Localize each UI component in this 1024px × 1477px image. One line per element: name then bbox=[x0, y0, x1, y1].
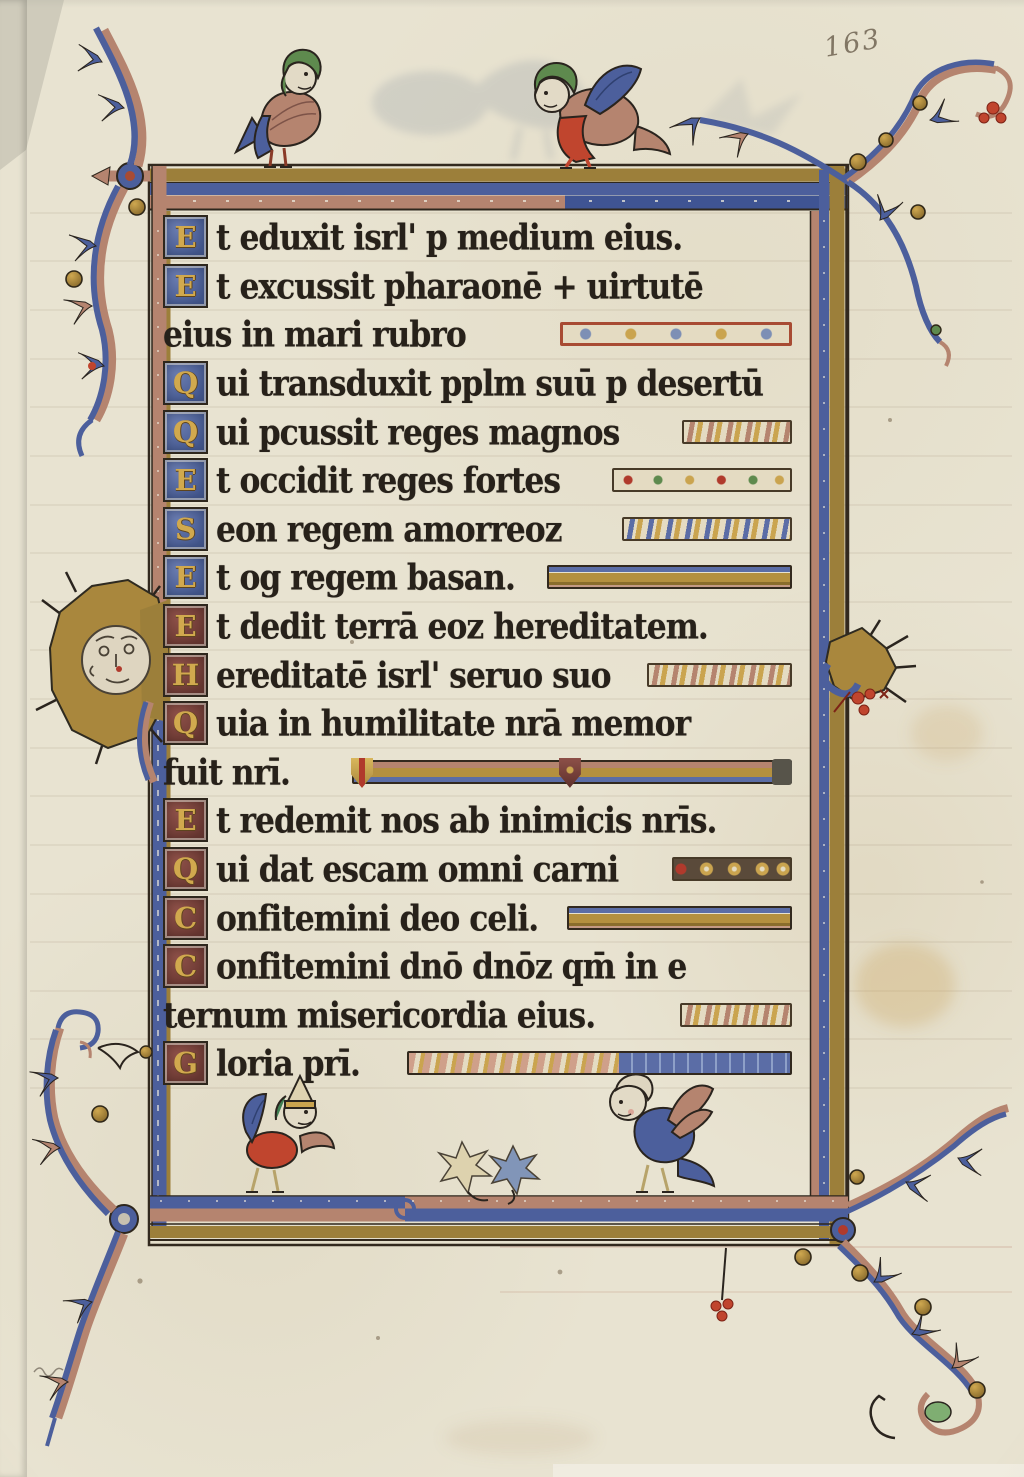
illuminated-initial: Q bbox=[163, 701, 208, 745]
line-filler bbox=[567, 906, 792, 930]
line-filler bbox=[407, 1051, 792, 1075]
psalm-text-block: E t eduxit isrl' p medium eius. E t excu… bbox=[163, 213, 818, 1088]
illuminated-initial: E bbox=[163, 264, 208, 308]
photo-bottom-edge bbox=[553, 1464, 1024, 1477]
line-text: t dedit terrā eoz hereditatem. bbox=[216, 605, 708, 648]
hybrid-creature-bottom-left bbox=[243, 1076, 334, 1192]
line-text: t excussit pharaonē + uirtutē bbox=[216, 265, 703, 308]
text-line: E t excussit pharaonē + uirtutē bbox=[163, 262, 818, 311]
grotesque-face-left-border bbox=[36, 572, 168, 782]
illuminated-initial: C bbox=[163, 944, 208, 988]
text-line: E t dedit terrā eoz hereditatem. bbox=[163, 602, 818, 651]
line-text: t redemit nos ab inimicis nrīs. bbox=[216, 799, 716, 842]
line-text: ui pcussit reges magnos bbox=[216, 410, 619, 453]
line-text: t occidit reges fortes bbox=[216, 459, 560, 502]
illuminated-initial: C bbox=[163, 896, 208, 940]
line-text: loria prī. bbox=[216, 1042, 360, 1085]
line-text: t og regem basan. bbox=[216, 556, 515, 599]
text-line: ternum misericordia eius. bbox=[163, 991, 818, 1040]
text-line: S eon regem amorreoz bbox=[163, 505, 818, 554]
pen-squiggle bbox=[34, 1368, 63, 1376]
line-text: onfitemini deo celi. bbox=[216, 896, 538, 939]
illuminated-initial: S bbox=[163, 507, 208, 551]
line-text: ternum misericordia eius. bbox=[163, 994, 595, 1037]
line-filler bbox=[682, 420, 792, 444]
heraldic-shield-gold bbox=[351, 758, 373, 788]
line-filler bbox=[547, 565, 792, 589]
line-text: eius in mari rubro bbox=[163, 313, 466, 356]
line-text: t eduxit isrl' p medium eius. bbox=[216, 216, 682, 259]
illuminated-initial: Q bbox=[163, 361, 208, 405]
text-line: E t occidit reges fortes bbox=[163, 456, 818, 505]
text-line: Q ui transduxit pplm suū p desertū bbox=[163, 359, 818, 408]
line-filler bbox=[612, 468, 792, 492]
illuminated-initial: E bbox=[163, 215, 208, 259]
text-line: E t redemit nos ab inimicis nrīs. bbox=[163, 796, 818, 845]
text-line: E t og regem basan. bbox=[163, 553, 818, 602]
line-text: ui transduxit pplm suū p desertū bbox=[216, 362, 763, 405]
text-line: Q ui dat escam omni carni bbox=[163, 845, 818, 894]
book-gutter-edge bbox=[0, 0, 27, 1477]
hybrid-creature-bottom-right bbox=[610, 1074, 714, 1192]
flourish-top-left bbox=[64, 28, 145, 456]
text-line: C onfitemini dnō dnōz qm̄ in e bbox=[163, 942, 818, 991]
line-filler bbox=[647, 663, 792, 687]
line-text: ui dat escam omni carni bbox=[216, 848, 618, 891]
line-filler bbox=[560, 322, 792, 346]
text-line: eius in mari rubro bbox=[163, 310, 818, 359]
line-text: onfitemini dnō dnōz qm̄ in e bbox=[216, 945, 686, 988]
flourish-bottom-right bbox=[711, 1108, 1008, 1438]
foliage-sprig-bottom-center bbox=[439, 1142, 539, 1204]
illuminated-initial: Q bbox=[163, 410, 208, 454]
line-text: fuit nrī. bbox=[163, 751, 290, 794]
illuminated-initial: E bbox=[163, 604, 208, 648]
illuminated-initial: E bbox=[163, 458, 208, 502]
text-line: H ereditatē isrl' seruo suo bbox=[163, 650, 818, 699]
illuminated-initial: Q bbox=[163, 847, 208, 891]
line-filler bbox=[672, 857, 792, 881]
line-filler bbox=[680, 1003, 792, 1027]
text-line: Q uia in humilitate nrā memor bbox=[163, 699, 818, 748]
text-line: G loria prī. bbox=[163, 1039, 818, 1088]
heraldic-shield-maroon bbox=[559, 758, 581, 788]
manuscript-page: 163 E t eduxit isrl' p medium eius. E t … bbox=[0, 0, 1024, 1477]
hybrid-creature-top-left bbox=[236, 50, 321, 167]
illuminated-initial: E bbox=[163, 555, 208, 599]
line-text: ereditatē isrl' seruo suo bbox=[216, 653, 611, 696]
text-line: Q ui pcussit reges magnos bbox=[163, 407, 818, 456]
line-filler bbox=[622, 517, 792, 541]
text-line: E t eduxit isrl' p medium eius. bbox=[163, 213, 818, 262]
illuminated-initial: H bbox=[163, 653, 208, 697]
line-text: eon regem amorreoz bbox=[216, 508, 562, 551]
text-line: C onfitemini deo celi. bbox=[163, 893, 818, 942]
line-filler bbox=[352, 760, 792, 784]
text-line: fuit nrī. bbox=[163, 748, 818, 797]
illuminated-initial: G bbox=[163, 1041, 208, 1085]
illuminated-initial: E bbox=[163, 798, 208, 842]
line-text: uia in humilitate nrā memor bbox=[216, 702, 690, 745]
